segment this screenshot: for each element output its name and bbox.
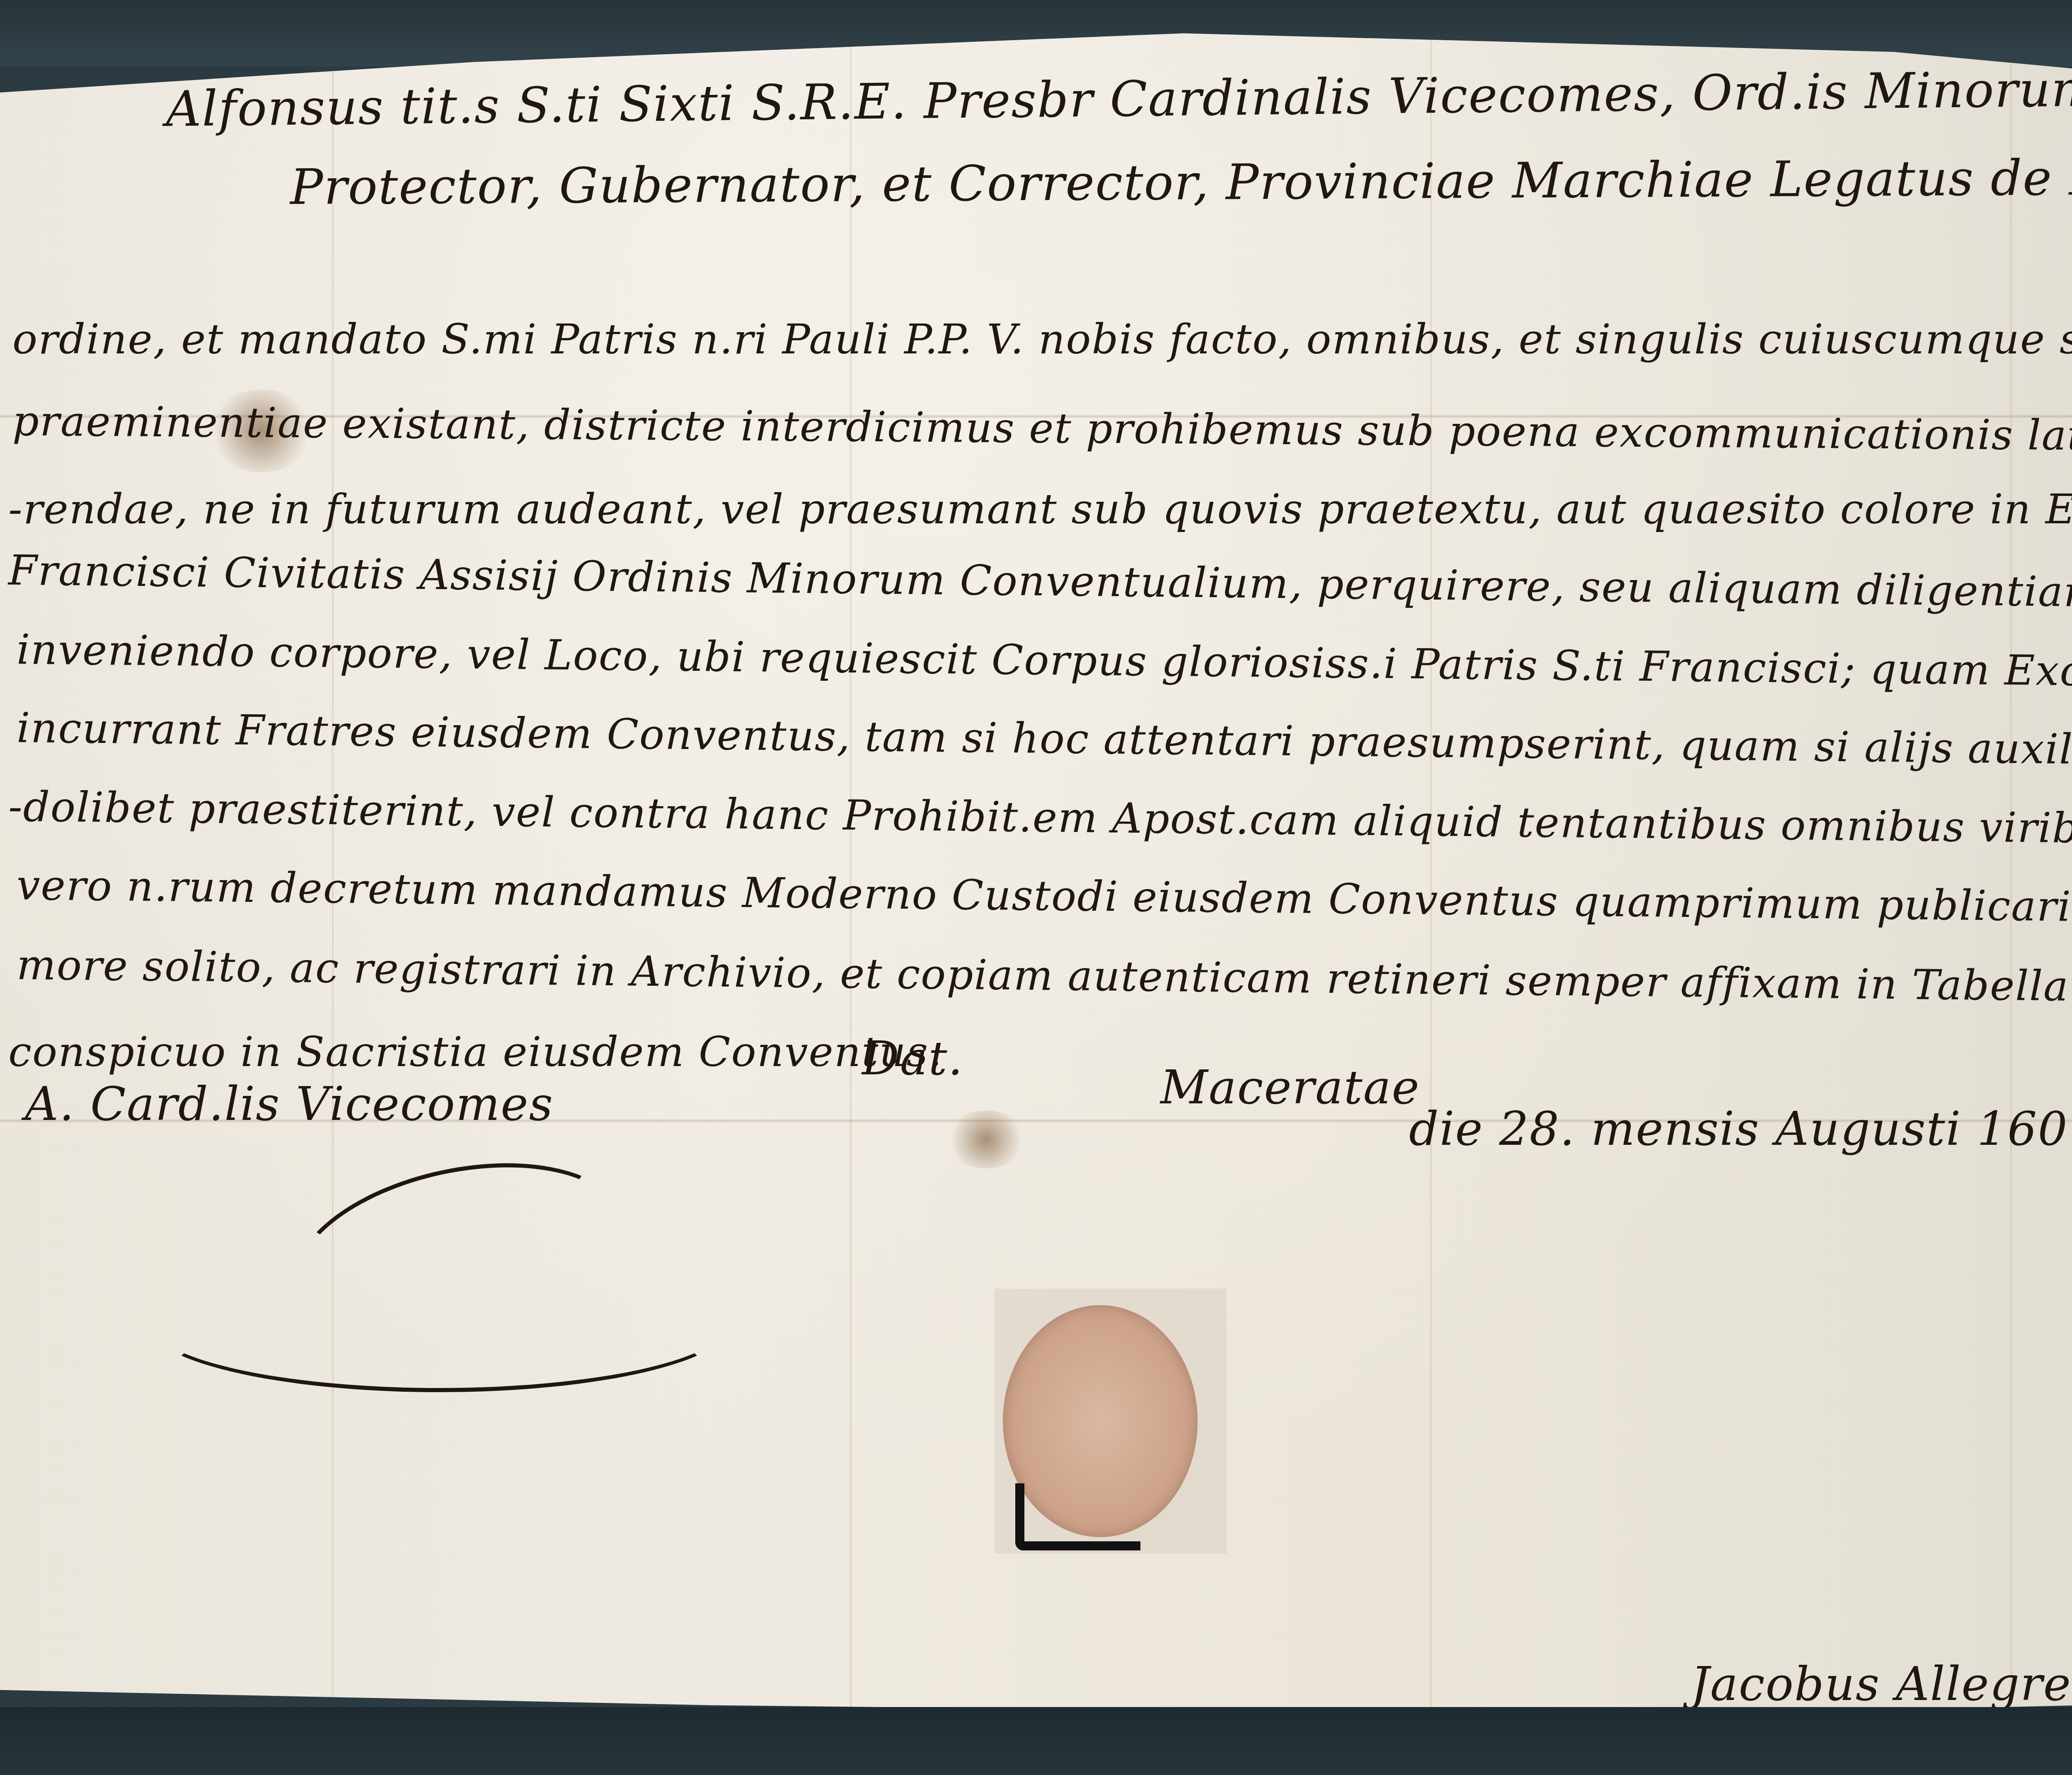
seal-ink-mark <box>1015 1483 1140 1550</box>
body-line-10: conspicuo in Sacristia eiusdem Conventus… <box>8 1028 943 1076</box>
dating-text: die 28. mensis Augusti 1607. <box>1409 1102 2072 1156</box>
cardinal-signature: A. Card.lis Vicecomes <box>25 1077 554 1131</box>
ink-stain <box>945 1110 1028 1168</box>
fold-line-vertical <box>1430 25 1432 1715</box>
body-line-3: -rendae, ne in futurum audeant, vel prae… <box>8 485 2072 533</box>
display-frame-bottom <box>0 1707 2072 1775</box>
secretary-signature: Jacobus Allegrettus Secret.s <box>1691 1657 2072 1711</box>
dating-label: Dat. <box>862 1032 963 1086</box>
dating-place: Maceratae <box>1160 1061 1420 1115</box>
body-line-1: ordine, et mandato S.mi Patris n.ri Paul… <box>12 315 2072 363</box>
heading-line-2: Protector, Gubernator, et Corrector, Pro… <box>290 148 2072 216</box>
signature-flourish <box>145 1251 733 1392</box>
fold-line-vertical <box>2010 25 2012 1715</box>
